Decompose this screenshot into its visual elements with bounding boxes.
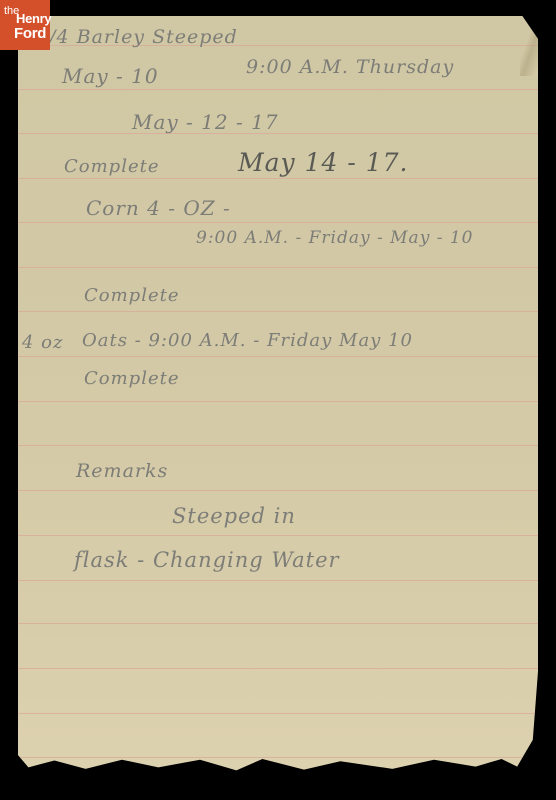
ruled-line [18, 89, 538, 90]
logo-henry: Henry [16, 12, 51, 25]
ruled-line [18, 757, 538, 758]
ruled-line [18, 445, 538, 446]
handwritten-remarks: Remarks [76, 460, 168, 482]
ruled-line [18, 267, 538, 268]
handwritten-time-friday-1: 9:00 A.M. - Friday - May - 10 [196, 228, 473, 248]
ruled-line [18, 535, 538, 536]
ruled-line [18, 401, 538, 402]
handwritten-complete-2: Complete [84, 285, 180, 306]
ruled-line [18, 222, 538, 223]
handwritten-complete-3: Complete [84, 368, 180, 389]
handwritten-date-may-12: May - 12 - 17 [132, 110, 279, 134]
ruled-line [18, 668, 538, 669]
henry-ford-logo: the Henry Ford [0, 0, 50, 50]
handwritten-oats-friday: Oats - 9:00 A.M. - Friday May 10 [82, 330, 413, 351]
handwritten-time-thursday: 9:00 A.M. Thursday [246, 56, 454, 78]
ruled-line [18, 178, 538, 179]
ruled-line [18, 356, 538, 357]
handwritten-flask-changing-water: flask - Changing Water [74, 548, 340, 572]
handwritten-date-may-10: May - 10 [62, 64, 159, 88]
handwritten-date-may-14: May 14 - 17. [238, 148, 408, 177]
ruled-line [18, 713, 538, 714]
ruled-line [18, 490, 538, 491]
handwritten-corn-4oz: Corn 4 - OZ - [86, 196, 231, 220]
handwritten-steeped-in: Steeped in [172, 504, 296, 528]
handwritten-4oz-label: 4 oz [22, 332, 64, 353]
ruled-line [18, 311, 538, 312]
logo-ford: Ford [14, 26, 46, 41]
ruled-line [18, 580, 538, 581]
handwritten-barley-steeped: 3/4 Barley Steeped [36, 26, 238, 48]
ruled-line [18, 623, 538, 624]
handwritten-complete-1: Complete [64, 156, 160, 177]
